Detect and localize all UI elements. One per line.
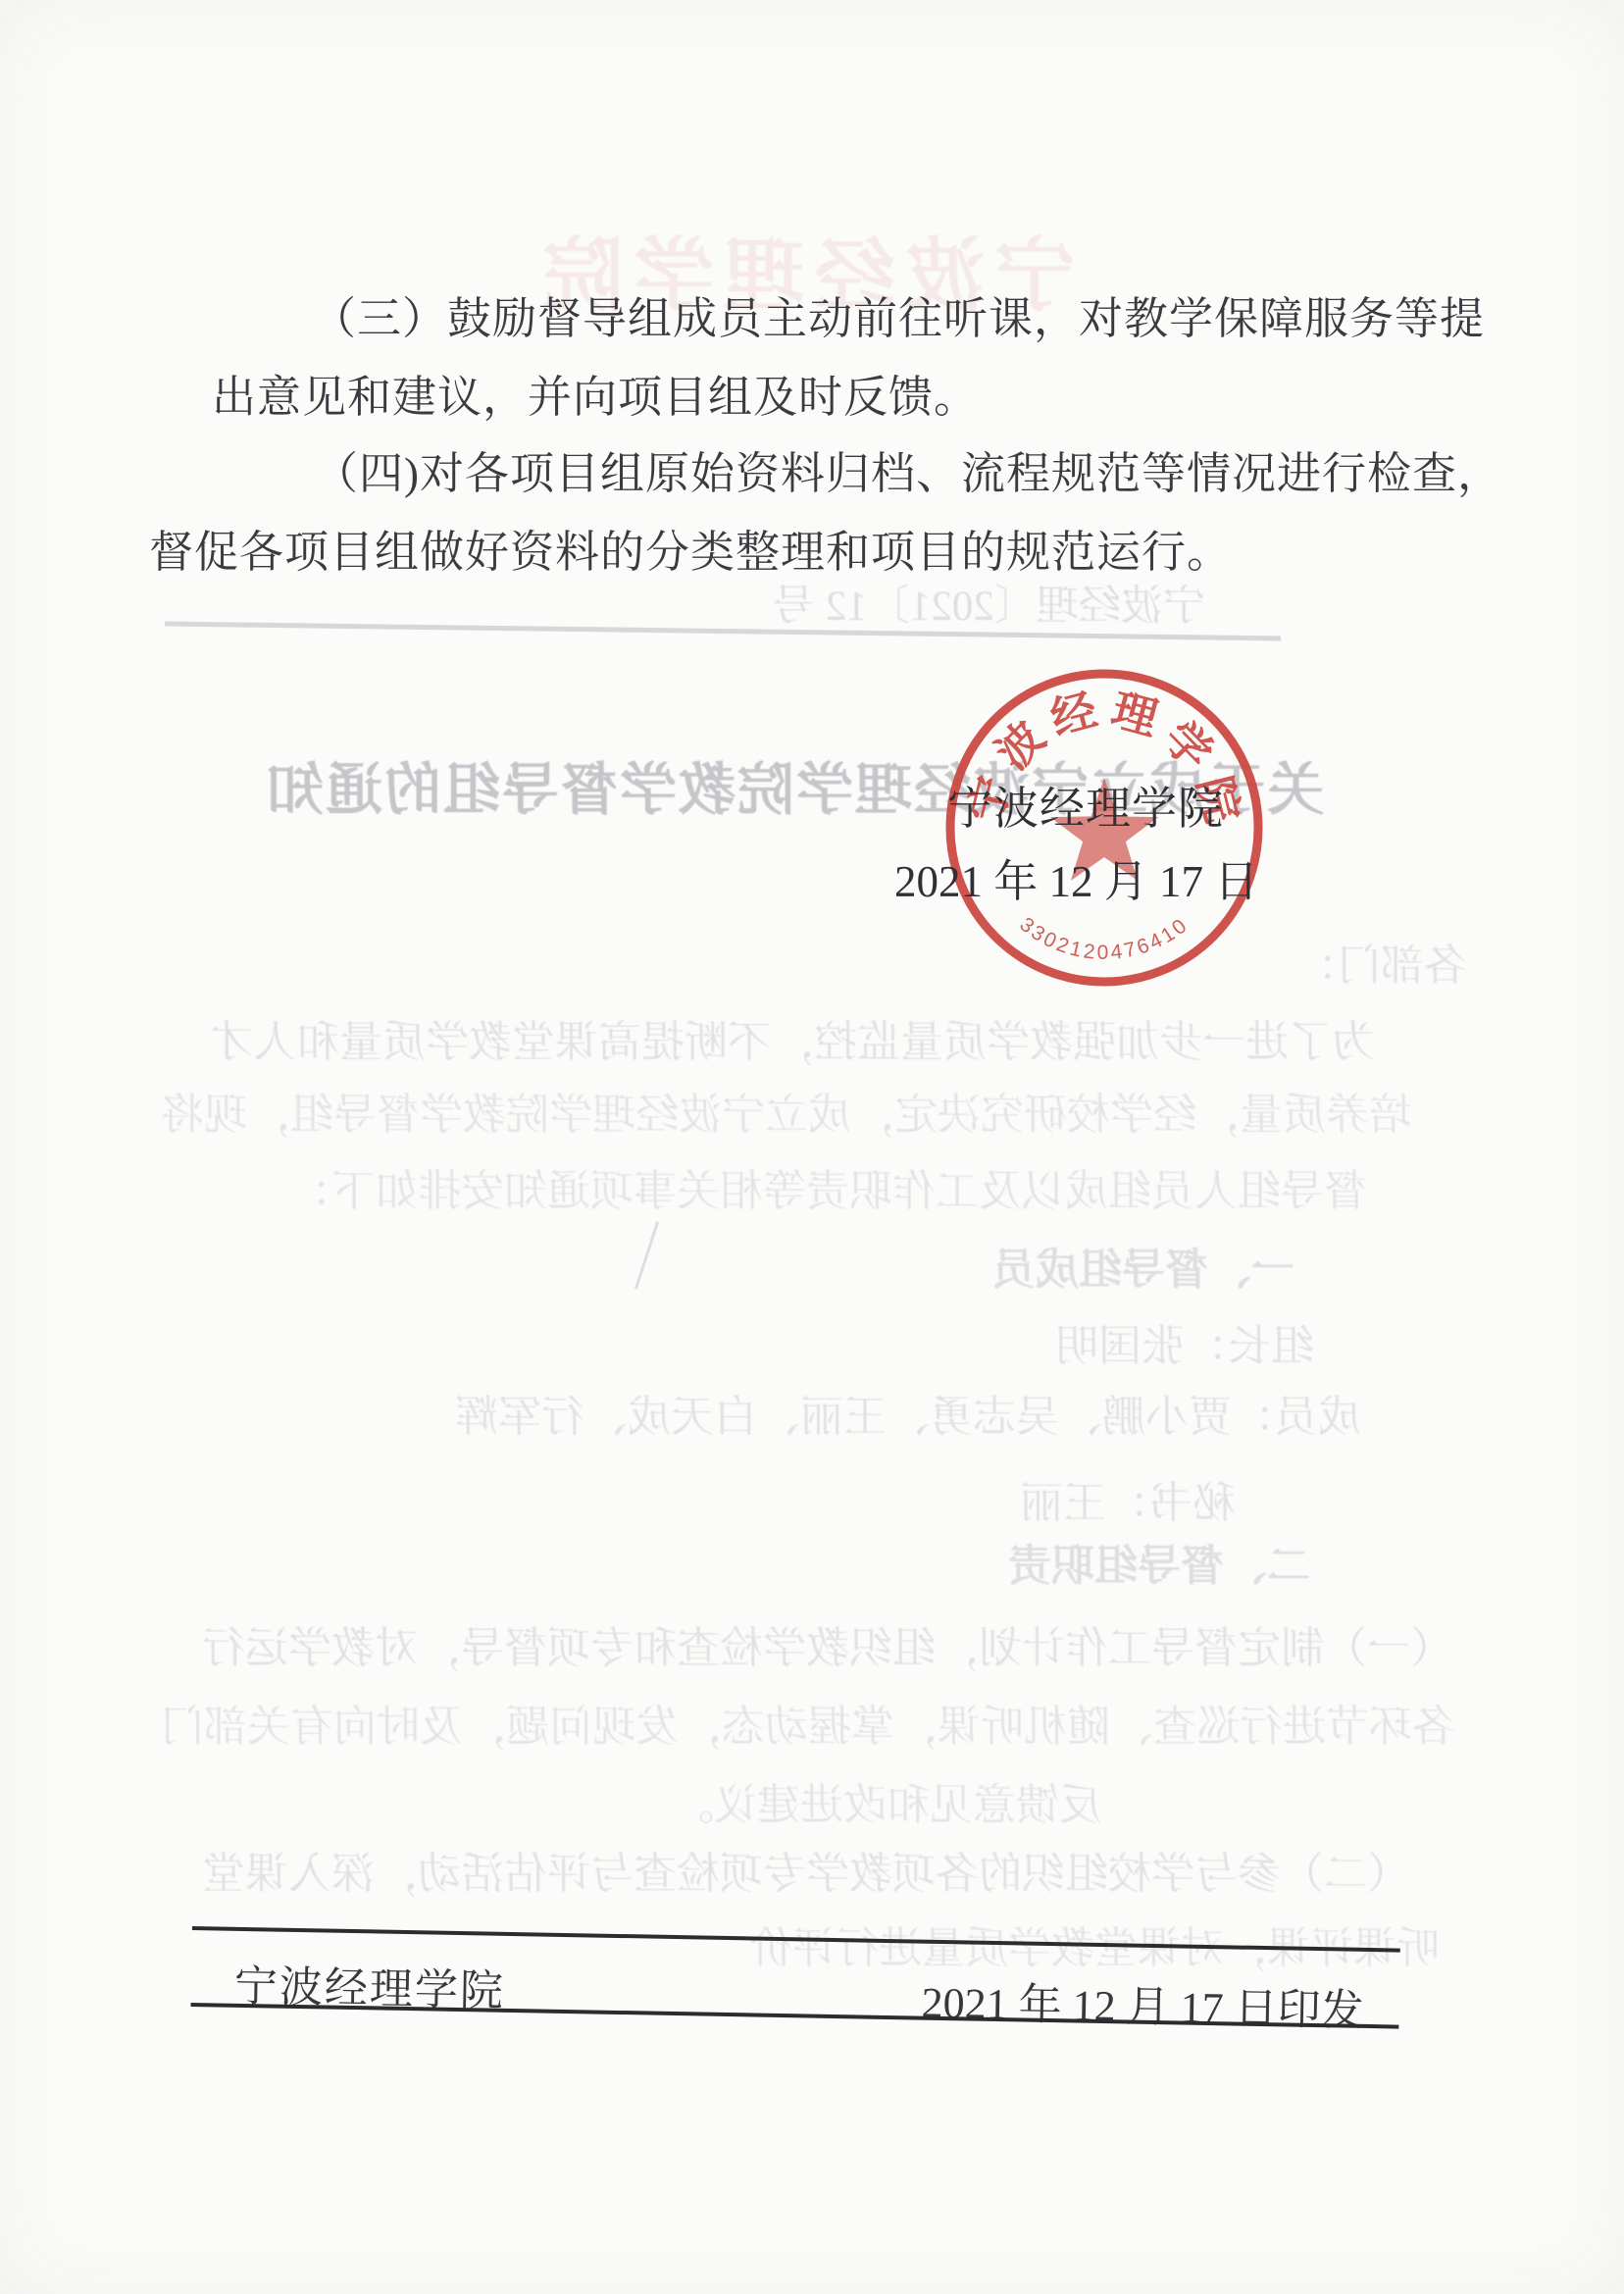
ghost-duty-line: 各环节进行巡查、随机听课，掌握动态，发现问题，及时向有关部门 [161,1691,1455,1754]
ghost-salutation: 各部门： [1294,930,1467,993]
ghost-intro-line: 为了进一步加强教学质量监控，不断提高课堂教学质量和人才 [210,1006,1375,1069]
body-line: 督促各项目组做好资料的分类整理和项目的规范运行。 [149,516,1232,580]
ghost-member-line: 秘书：王丽 [1020,1467,1236,1530]
document-page: 宁波经理学院 宁波经理〔2021〕12 号 关于成立宁波经理学院教学督导组的通知… [0,0,1624,2294]
seal-serial-number: 3302120476410 [1015,913,1193,964]
scratch-mark [634,1221,659,1289]
ghost-duty-line: 反馈意见和改进建议。 [671,1769,1102,1832]
body-line: 出意见和建议，并向项目组及时反馈。 [212,361,979,425]
ghost-heading-duties: 二、督导组职责 [1008,1530,1310,1593]
ghost-member-line: 成员：贾小鹏、吴志勇、王丽、白天成、行军辉 [455,1381,1361,1444]
ghost-intro-line: 培养质量，经学校研究决定，成立宁波经理学院教学督导组，现将 [161,1079,1412,1142]
ghost-duty-line: （二）参与学校组织的各项教学专项检查与评估活动，深入课堂 [202,1838,1410,1901]
ghost-heading-members: 一、督导组成员 [992,1234,1294,1297]
seal-arc-char: 理 [1106,685,1163,744]
body-line: （三）鼓励督导组成员主动前往听课，对教学保障服务等提 [312,282,1485,346]
body-line: （四)对各项目组原始资料归档、流程规范等情况进行检查， [314,437,1502,501]
ghost-intro-line: 督导组人员组成以及工作职责等相关事项通知安排如下： [288,1155,1367,1218]
seal-date-text: 2021 年 12 月 17 日 [894,845,1258,909]
seal-arc-char: 经 [1045,685,1102,744]
seal-signature-text: 宁波经理学院 [947,773,1224,838]
footer: 宁波经理学院 2021 年 12 月 17 日印发 [190,1926,1400,2059]
footer-issue-date: 2021 年 12 月 17 日印发 [921,1967,1364,2038]
ghost-member-line: 组长：张国明 [1055,1310,1314,1373]
ghost-duty-line: （一）制定督导工作计划，组织教学检查和专项督导，对教学运行 [202,1612,1453,1675]
ghost-doc-number: 宁波经理〔2021〕12 号 [773,573,1205,633]
